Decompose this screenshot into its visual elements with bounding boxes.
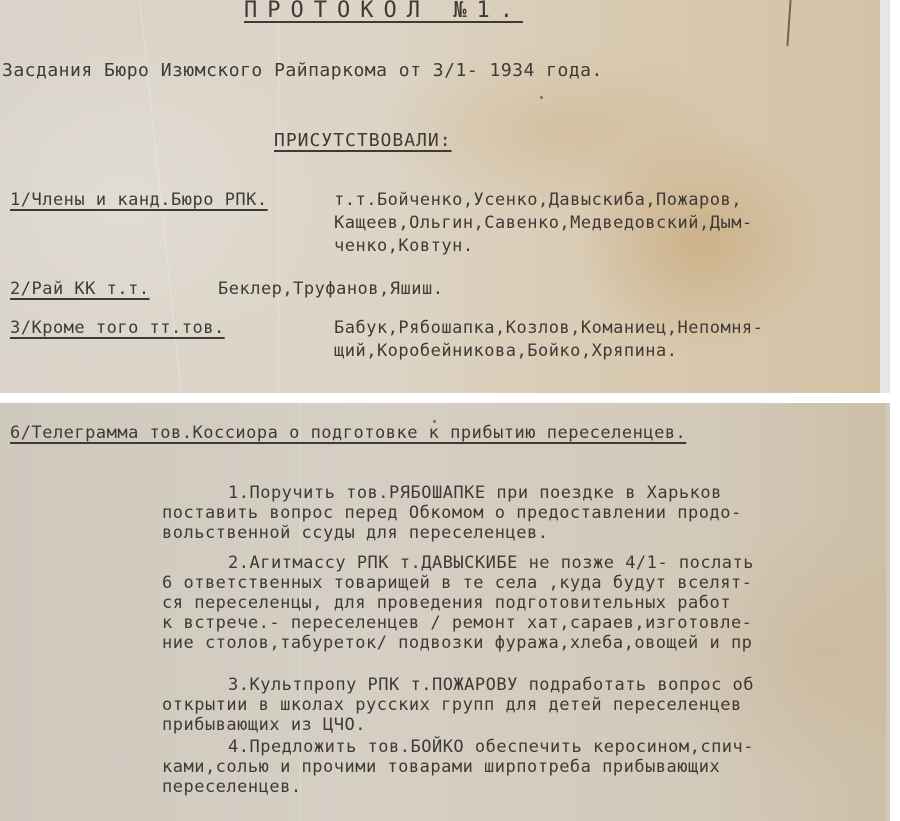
attendee-names: Кащеев,Ольгин,Савенко,Медведовский,Дым- xyxy=(334,213,753,233)
attendee-names: Беклер,Труфанов,Яшиш. xyxy=(218,279,443,299)
attendee-group-label: 3/Кроме того тт.тов. xyxy=(10,318,225,338)
paper-edge xyxy=(880,0,890,393)
attendee-names: щий,Коробейникова,Бойко,Хряпина. xyxy=(334,341,678,361)
document-subtitle: Засдания Бюро Изюмского Райпаркома от 3/… xyxy=(2,60,603,81)
resolution-line: 6 ответственных товарищей в те села ,куд… xyxy=(162,573,752,593)
paper-edge xyxy=(886,403,890,821)
resolution-line: ся переселенцы, для проведения подготови… xyxy=(162,593,731,613)
resolution-line: открытии в школах русских групп для дете… xyxy=(162,695,742,715)
resolution-line: вольственной ссуды для переселенцев. xyxy=(162,523,548,543)
resolution-line: 3.Культпропу РПК т.ПОЖАРОВУ подработать … xyxy=(228,675,754,695)
pen-mark xyxy=(786,0,791,46)
ink-speck xyxy=(540,96,543,99)
resolution-line: прибывающих из ЦЧО. xyxy=(162,715,366,735)
paper-fold xyxy=(278,0,279,393)
document-title: ПРОТОКОЛ №1. xyxy=(244,0,523,23)
agenda-item-heading: 6/Телеграмма тов.Коссиора о подготовке к… xyxy=(10,423,686,443)
resolution-line: поставить вопрос перед Обкомом о предост… xyxy=(162,503,742,523)
document-fragment-top: ПРОТОКОЛ №1. Засдания Бюро Изюмского Рай… xyxy=(0,0,890,393)
resolution-line: переселенцев. xyxy=(162,777,302,797)
attendee-group-label: 1/Члены и канд.Бюро РПК. xyxy=(10,190,268,210)
resolution-line: ние столов,табуреток/ подвозки фуража,хл… xyxy=(162,633,752,653)
attendee-names: т.т.Бойченко,Усенко,Давыскиба,Пожаров, xyxy=(334,190,742,210)
resolution-line: 4.Предложить тов.БОЙКО обеспечить кероси… xyxy=(228,737,754,757)
resolution-line: ками,солью и прочими товарами ширпотреба… xyxy=(162,757,720,777)
resolution-line: 1.Поручить тов.РЯБОШАПКЕ при поездке в Х… xyxy=(228,483,722,503)
document-fragment-bottom: 6/Телеграмма тов.Коссиора о подготовке к… xyxy=(0,403,890,821)
attendee-names: ченко,Ковтун. xyxy=(334,236,474,256)
attendee-group-label: 2/Рай КК т.т. xyxy=(10,279,150,299)
resolution-line: 2.Агитмассу РПК т.ДАВЫСКИБЕ не позже 4/1… xyxy=(228,553,754,573)
resolution-line: к встрече.- переселенцев / ремонт хат,са… xyxy=(162,613,752,633)
present-heading: ПРИСУТСТВОВАЛИ: xyxy=(274,130,452,151)
attendee-names: Бабук,Рябошапка,Козлов,Команиец,Непомня- xyxy=(334,318,763,338)
